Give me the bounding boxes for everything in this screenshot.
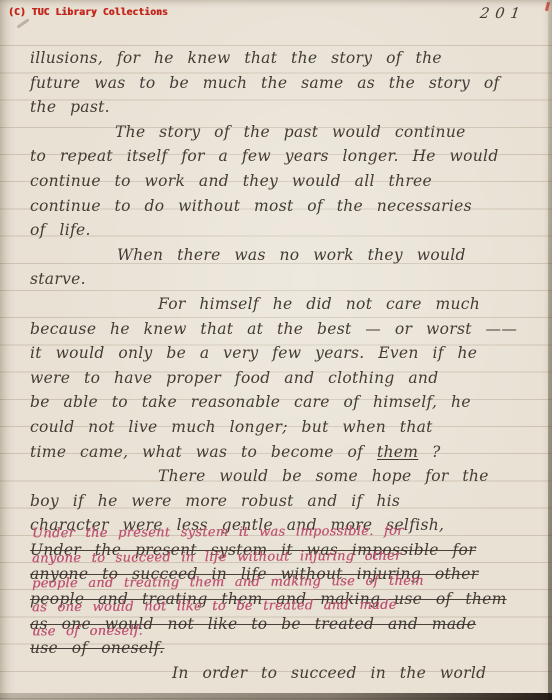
struck-out-text: use of oneself. xyxy=(30,639,164,657)
page-number: 201 xyxy=(479,6,527,22)
underlined-word: them xyxy=(377,443,418,461)
manuscript-line: future was to be much the same as the st… xyxy=(30,71,528,96)
manuscript-body: illusions, for he knew that the story of… xyxy=(30,46,528,685)
manuscript-line: boy if he were more robust and if his xyxy=(30,489,528,514)
manuscript-line: were to have proper food and clothing an… xyxy=(30,366,528,391)
manuscript-line: use of oneself.use of oneself. xyxy=(30,636,528,661)
text-segment: ? xyxy=(418,443,440,461)
manuscript-line: There would be some hope for the xyxy=(158,464,528,489)
text-segment: time came, what was to become of xyxy=(30,443,377,461)
manuscript-line: be able to take reasonable care of himse… xyxy=(30,390,528,415)
manuscript-line: time came, what was to become of them ? xyxy=(30,440,528,465)
manuscript-page: (C) TUC Library Collections 201 illusion… xyxy=(0,0,552,700)
manuscript-line: it would only be a very few years. Even … xyxy=(30,341,528,366)
manuscript-line: continue to work and they would all thre… xyxy=(30,169,528,194)
manuscript-line: could not live much longer; but when tha… xyxy=(30,415,528,440)
red-correction-text: Under the present system it was impossib… xyxy=(32,525,404,542)
copyright-watermark: (C) TUC Library Collections xyxy=(8,8,168,18)
manuscript-line: to repeat itself for a few years longer.… xyxy=(30,144,528,169)
red-correction-text: use of oneself. xyxy=(32,624,143,639)
manuscript-line: of life. xyxy=(30,218,528,243)
manuscript-line: illusions, for he knew that the story of… xyxy=(30,46,528,71)
manuscript-line: because he knew that at the best — or wo… xyxy=(30,317,528,342)
red-correction-text: as one would not like to be treated and … xyxy=(32,599,397,616)
manuscript-line: continue to do without most of the neces… xyxy=(30,194,528,219)
manuscript-line: For himself he did not care much xyxy=(158,292,528,317)
manuscript-line: In order to succeed in the world xyxy=(172,661,528,686)
red-correction-text: people and treating them and making use … xyxy=(32,574,424,591)
manuscript-line: starve. xyxy=(30,267,528,292)
manuscript-line: When there was no work they would xyxy=(117,243,528,268)
manuscript-line: the past. xyxy=(30,95,528,120)
pencil-smudge xyxy=(16,18,29,28)
red-corner-mark xyxy=(545,2,550,11)
red-correction-text: anyone to succeed in life without injuri… xyxy=(32,550,402,567)
manuscript-line: The story of the past would continue xyxy=(115,120,528,145)
